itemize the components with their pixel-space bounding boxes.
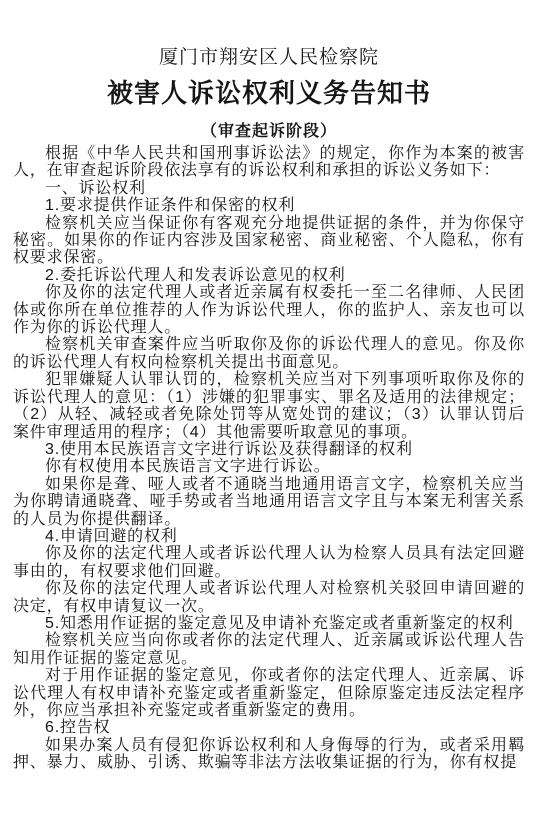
item-4-body-1: 你及你的法定代理人或者诉讼代理人认为检察人员具有法定回避事由的，有权要求他们回避… (13, 545, 525, 580)
item-2-body-2: 检察机关审查案件应当听取你及你的诉讼代理人的意见。你及你的诉讼代理人有权向检察机… (13, 336, 525, 371)
item-5-body-2: 对于用作证据的鉴定意见，你或者你的法定代理人、近亲属、诉讼代理人有权申请补充鉴定… (13, 667, 525, 719)
item-4-body-2: 你及你的法定代理人或者诉讼代理人对检察机关驳回申请回避的决定，有权申请复议一次。 (13, 580, 525, 615)
item-3-heading: 3.使用本民族语言文字进行诉讼及获得翻译的权利 (13, 441, 525, 458)
item-2-body-1: 你及你的法定代理人或者近亲属有权委托一至二名律师、人民团体或你所在单位推荐的人作… (13, 284, 525, 336)
document-body: 根据《中华人民共和国刑事诉讼法》的规定，你作为本案的被害人，在审查起诉阶段依法享… (13, 145, 525, 772)
item-5-heading: 5.知悉用作证据的鉴定意见及申请补充鉴定或者重新鉴定的权利 (13, 615, 525, 632)
item-1-heading: 1.要求提供作证条件和保密的权利 (13, 197, 525, 214)
item-3-body-2: 如果你是聋、哑人或者不通晓当地通用语言文字，检察机关应当为你聘请通晓聋、哑手势或… (13, 476, 525, 528)
item-3-body-1: 你有权使用本民族语言文字进行诉讼。 (13, 458, 525, 475)
section-heading-rights: 一、诉讼权利 (13, 180, 525, 197)
item-2-body-3: 犯罪嫌疑人认罪认罚的，检察机关应当对下列事项听取你及你的诉讼代理人的意见：（1）… (13, 371, 525, 441)
item-2-heading: 2.委托诉讼代理人和发表诉讼意见的权利 (13, 267, 525, 284)
item-4-heading: 4.申请回避的权利 (13, 528, 525, 545)
document-title: 被害人诉讼权利义务告知书 (13, 78, 525, 110)
item-1-body: 检察机关应当保证你有客观充分地提供证据的条件，并为你保守秘密。如果你的作证内容涉… (13, 215, 525, 267)
item-5-body-1: 检察机关应当向你或者你的法定代理人、近亲属或诉讼代理人告知用作证据的鉴定意见。 (13, 632, 525, 667)
document-page: 厦门市翔安区人民检察院 被害人诉讼权利义务告知书 （审查起诉阶段） 根据《中华人… (0, 0, 537, 822)
paragraph-intro: 根据《中华人民共和国刑事诉讼法》的规定，你作为本案的被害人，在审查起诉阶段依法享… (13, 145, 525, 180)
issuer-name: 厦门市翔安区人民检察院 (13, 46, 525, 70)
item-6-body-truncated: 如果办案人员有侵犯你诉讼权利和人身侮辱的行为，或者采用羁押、暴力、威胁、引诱、欺… (13, 737, 525, 772)
item-6-heading: 6.控告权 (13, 719, 525, 736)
stage-subtitle: （审查起诉阶段） (13, 122, 525, 142)
